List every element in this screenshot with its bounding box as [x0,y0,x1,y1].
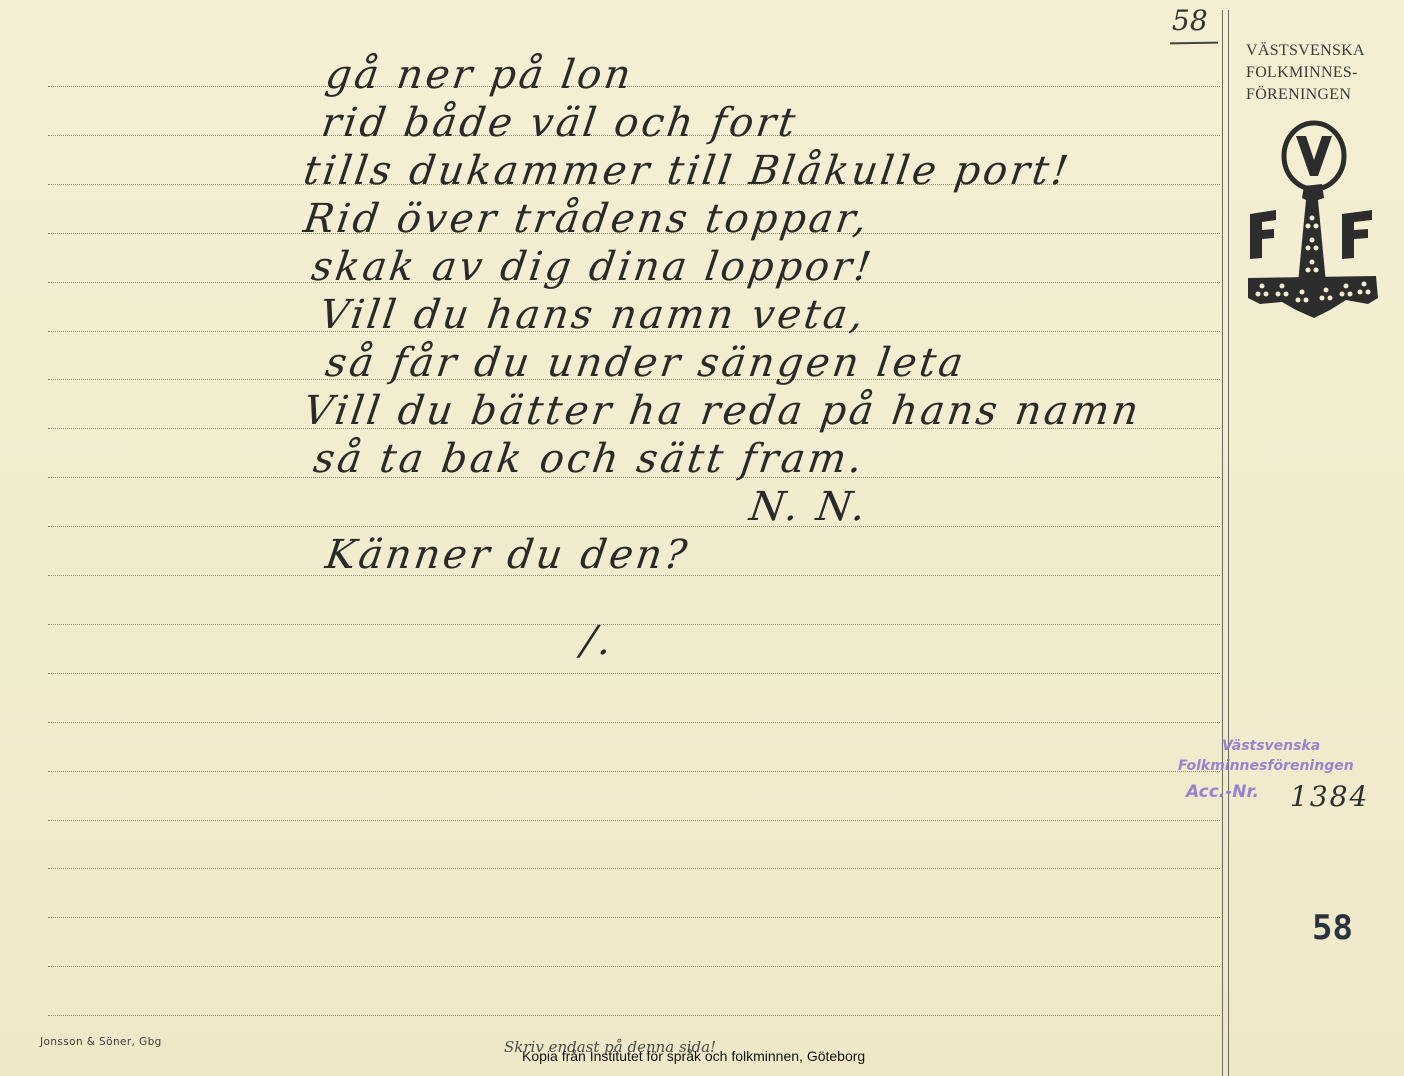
manuscript-line: skak av dig dina loppor! [309,244,877,290]
vff-hammer-logo-icon [1246,118,1380,323]
manuscript-line: /. [579,618,618,664]
ruled-line [48,624,1220,625]
manuscript-line: N. N. [747,484,871,530]
manuscript-line: Rid över trådens toppar, [301,196,873,242]
manuscript-line: så ta bak och sätt fram. [311,436,868,482]
manuscript-line: Känner du den? [323,532,693,578]
margin-rule-left [1222,10,1223,1076]
org-name-line-3: FÖRENINGEN [1246,84,1396,106]
manuscript-line: Vill du hans namn veta, [317,292,869,338]
ruled-line [48,673,1220,674]
ruled-line [48,722,1220,723]
accession-number: 1384 [1290,780,1369,813]
stamp-line-1: Västsvenska [1222,738,1320,754]
ruled-line [48,966,1220,967]
manuscript-line: Vill du bätter ha reda på hans namn [301,388,1144,434]
ruled-line [48,86,1220,87]
manuscript-line: så får du under sängen leta [323,340,969,386]
manuscript-line: gå ner på lon [323,52,637,98]
ruled-line [48,820,1220,821]
org-name-line-2: FOLKMINNES- [1246,62,1396,84]
copy-credit: Kopia från Institutet för språk och folk… [522,1048,865,1064]
margin-rule-right [1228,10,1229,1076]
organization-name: VÄSTSVENSKA FOLKMINNES- FÖRENINGEN [1246,40,1396,106]
ruled-line [48,1015,1220,1016]
ruled-line [48,526,1220,527]
manuscript-line: tills dukammer till Blåkulle port! [301,148,1074,194]
ruled-line [48,868,1220,869]
stamp-line-3: Acc.-Nr. [1186,782,1259,802]
manuscript-page: 58 VÄSTSVENSKA FOLKMINNES- FÖRENINGEN [0,0,1404,1076]
handwritten-page-number: 58 [1172,4,1208,37]
org-name-line-1: VÄSTSVENSKA [1246,40,1396,62]
stamp-line-2: Folkminnesföreningen [1178,758,1354,774]
manuscript-line: rid både väl och fort [319,100,801,146]
ruled-line [48,917,1220,918]
printed-page-number: 58 [1312,908,1353,948]
printer-credit: Jonsson & Söner, Gbg [40,1036,162,1048]
ruled-line [48,771,1220,772]
